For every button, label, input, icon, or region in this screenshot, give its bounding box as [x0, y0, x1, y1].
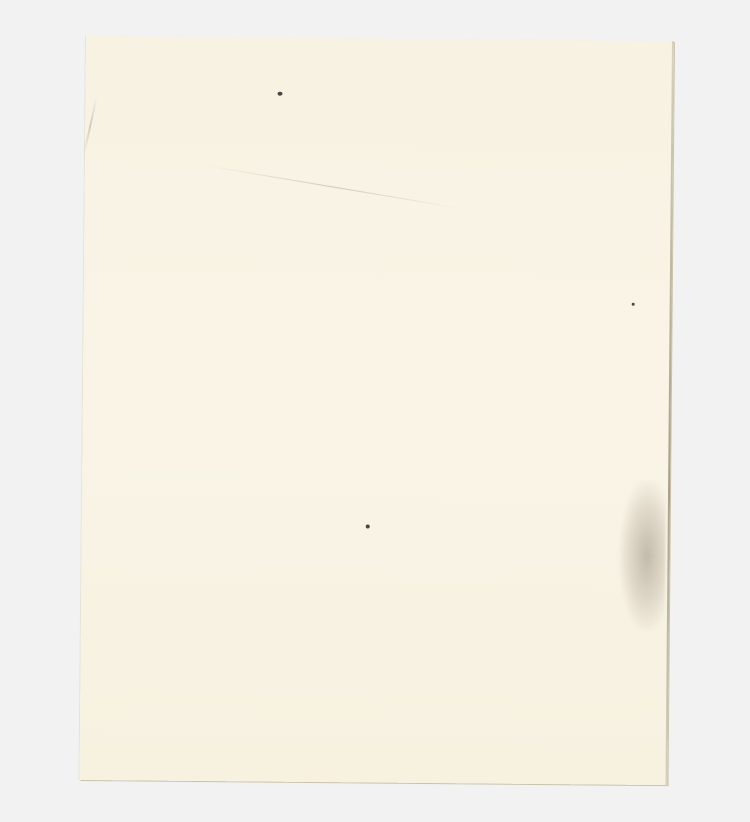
page-content	[86, 36, 674, 41]
paper-crease	[83, 97, 98, 156]
edge-smudge	[619, 481, 666, 631]
blank-paper-sheet	[80, 36, 674, 785]
faint-pencil-mark	[205, 165, 462, 209]
ink-speck	[277, 92, 282, 96]
ink-speck	[632, 303, 635, 306]
ink-speck	[366, 524, 370, 528]
